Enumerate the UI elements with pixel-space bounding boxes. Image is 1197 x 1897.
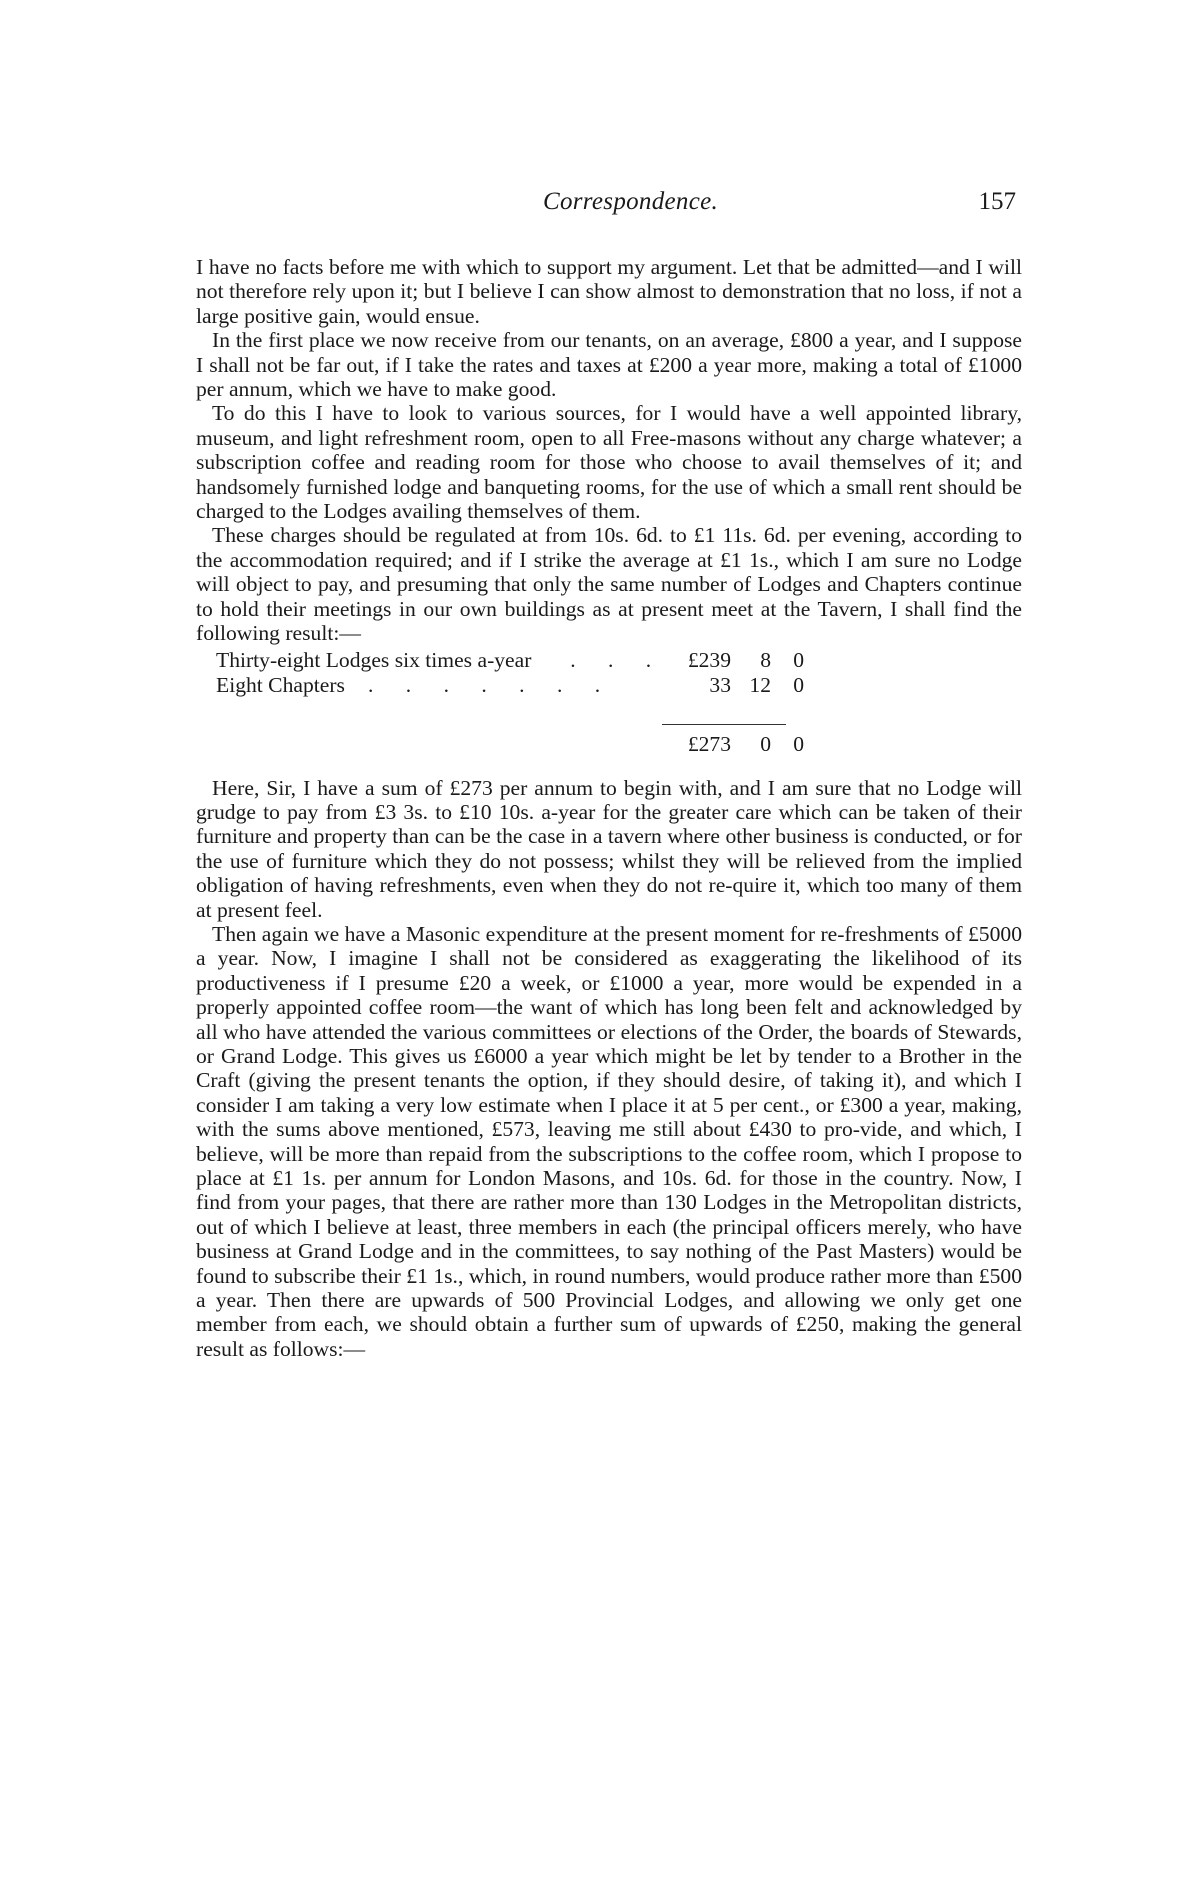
ledger-shillings: 12 — [731, 673, 771, 697]
ledger-pence: 0 — [771, 648, 804, 672]
ledger-pence: 0 — [771, 673, 804, 697]
running-head: Correspondence. 157 — [196, 188, 1022, 228]
ledger-pounds: 33 — [658, 673, 731, 697]
ledger-total-shillings: 0 — [731, 732, 771, 756]
ledger-row: Thirty-eight Lodges six times a-year . .… — [216, 648, 972, 673]
running-head-title: Correspondence. — [543, 188, 718, 216]
sum-rule — [662, 724, 786, 725]
paragraph: To do this I have to look to various sou… — [196, 401, 1022, 523]
paragraph: Here, Sir, I have a sum of £273 per annu… — [196, 776, 1022, 922]
dot-leaders: . . . . . . . — [341, 673, 600, 697]
ledger-total-pounds: £273 — [658, 732, 731, 756]
ledger-total-row: £273 0 0 — [216, 732, 972, 757]
ledger-row-label: Thirty-eight Lodges six times a-year — [216, 648, 531, 672]
ledger-row: Eight Chapters . . . . . . . 33 12 0 — [216, 673, 972, 698]
spacer — [196, 756, 1022, 776]
ledger-row-label: Eight Chapters — [216, 673, 345, 697]
paragraph: I have no facts before me with which to … — [196, 255, 1022, 328]
ledger-total-pence: 0 — [771, 732, 804, 756]
ledger-shillings: 8 — [731, 648, 771, 672]
paragraph: In the first place we now receive from o… — [196, 328, 1022, 401]
paragraph: These charges should be regulated at fro… — [196, 523, 1022, 645]
page-number: 157 — [979, 188, 1017, 216]
ledger-pounds: £239 — [658, 648, 731, 672]
ledger-table: Thirty-eight Lodges six times a-year . .… — [196, 648, 1022, 756]
dot-leaders: . . . — [554, 648, 651, 672]
body-text: I have no facts before me with which to … — [196, 255, 1022, 1361]
paragraph: Then again we have a Masonic expenditure… — [196, 922, 1022, 1361]
